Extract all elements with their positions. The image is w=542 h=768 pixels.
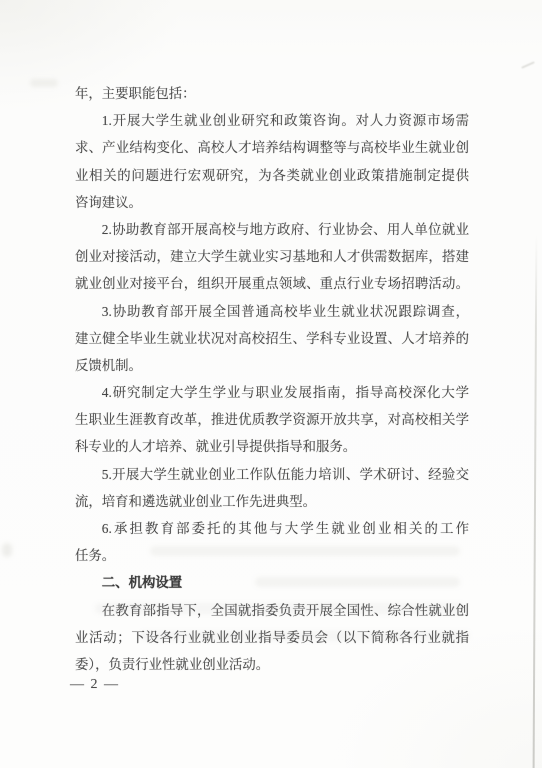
text-line: 创业对接活动，建立大学生就业实习基地和人才供需数据库，搭建 [75, 243, 469, 270]
text-line: 1.开展大学生就业创业研究和政策咨询。对人力资源市场需 [75, 107, 469, 134]
document-body: 年，主要职能包括： 1.开展大学生就业创业研究和政策咨询。对人力资源市场需 求、… [75, 80, 469, 678]
text-line: 2.协助教育部开展高校与地方政府、行业协会、用人单位就业 [75, 216, 469, 243]
scan-speck-artifact [521, 61, 535, 69]
scan-smudge-artifact [2, 543, 12, 557]
text-line: 年，主要职能包括： [75, 80, 469, 107]
text-line: 咨询建议。 [75, 189, 469, 216]
scanned-document-page: 年，主要职能包括： 1.开展大学生就业创业研究和政策咨询。对人力资源市场需 求、… [0, 0, 542, 768]
scan-edge-artifact [533, 233, 537, 768]
text-line: 求、产业结构变化、高校人才培养结构调整等与高校毕业生就业创 [75, 134, 469, 161]
text-line: 就业创业对接平台，组织开展重点领域、重点行业专场招聘活动。 [75, 270, 469, 297]
scan-smudge-artifact [95, 603, 465, 614]
text-line: 5.开展大学生就业创业工作队伍能力培训、学术研讨、经验交 [75, 461, 469, 488]
text-line: 科专业的人才培养、就业引导提供指导和服务。 [75, 433, 469, 460]
scan-smudge-artifact [150, 546, 460, 556]
text-line: 反馈机制。 [75, 352, 469, 379]
scan-smudge-artifact [255, 577, 460, 587]
text-line: 流，培育和遴选就业创业工作先进典型。 [75, 488, 469, 515]
scan-smudge-artifact [140, 631, 470, 641]
text-line: 生职业生涯教育改革，推进优质教学资源开放共享，对高校相关学 [75, 406, 469, 433]
text-line: 6.承担教育部委托的其他与大学生就业创业相关的工作 [75, 515, 469, 542]
text-line: 3.协助教育部开展全国普通高校毕业生就业状况跟踪调查， [75, 298, 469, 325]
text-line: 4.研究制定大学生学业与职业发展指南，指导高校深化大学 [75, 379, 469, 406]
scan-smudge-artifact [30, 79, 58, 87]
text-line: 业相关的问题进行宏观研究，为各类就业创业政策措施制定提供 [75, 162, 469, 189]
text-line: 建立健全毕业生就业状况对高校招生、学科专业设置、人才培养的 [75, 325, 469, 352]
text-line: 委），负责行业性就业创业活动。 [75, 651, 469, 678]
page-number: — 2 — [70, 677, 120, 693]
